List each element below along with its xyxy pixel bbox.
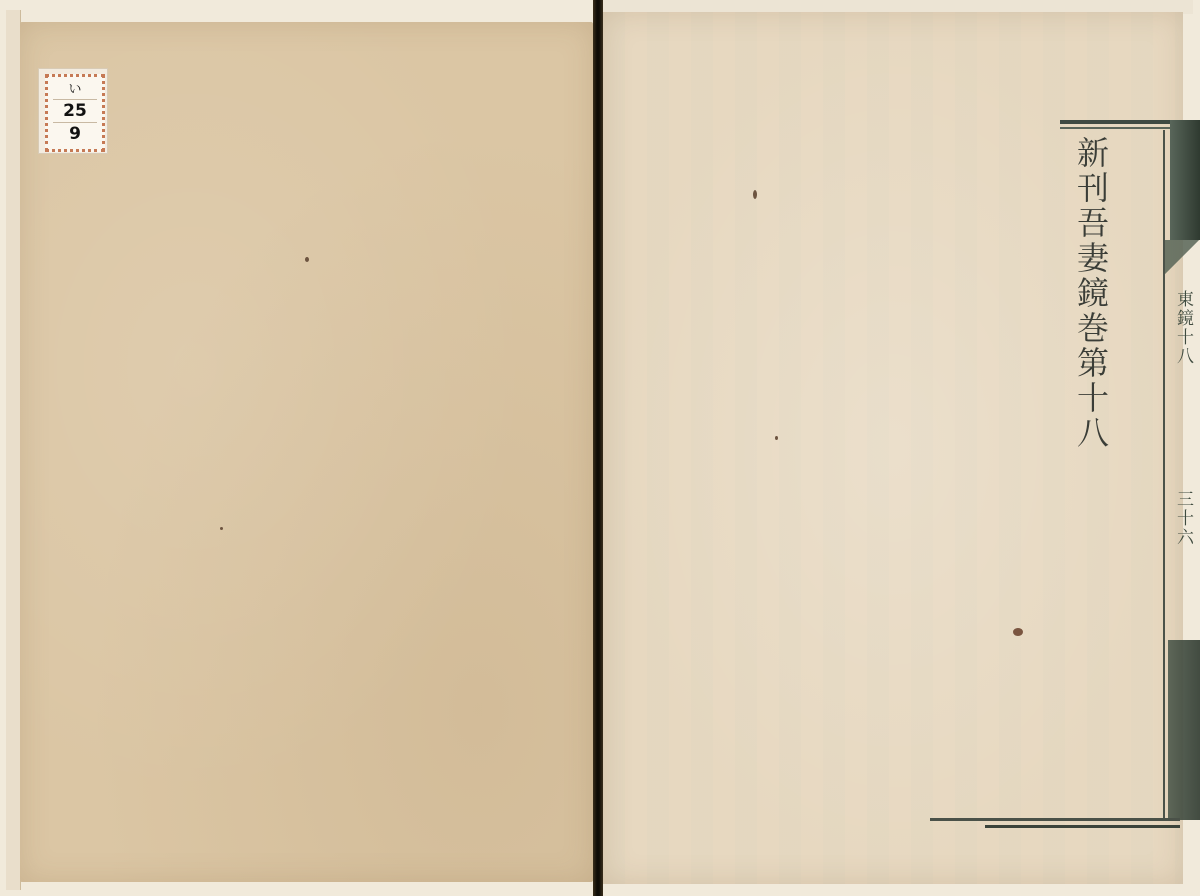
paper-stain [753,190,757,199]
print-frame-bottom-rule [930,818,1180,821]
label-frame: い 25 9 [45,74,105,152]
paper-stain [775,436,778,440]
left-page-edge [6,10,21,890]
hanshin-black-mouth-bottom [1168,640,1200,820]
volume-title: 新刊吾妻鏡巻第十八 [1068,136,1114,451]
print-frame-inner-rule [1163,130,1165,820]
label-number-top: 25 [53,100,97,123]
hanshin-page-number: 三十六 [1172,490,1196,547]
print-frame-bottom-rule-inner [985,825,1180,828]
fish-tail-mark-icon [1165,240,1200,280]
paper-stain [1013,628,1023,636]
paper-stain [220,527,223,530]
hanshin-black-mouth-top [1170,120,1200,240]
library-label-sticker: い 25 9 [38,68,108,154]
label-number-bottom: 9 [53,123,97,145]
book-gutter [593,0,603,896]
label-kana: い [53,81,97,100]
print-frame-top-rule-inner [1060,127,1178,129]
print-frame-top-rule [1060,120,1180,124]
paper-stain [305,257,309,262]
hanshin-title: 東鏡十八 [1172,290,1196,366]
